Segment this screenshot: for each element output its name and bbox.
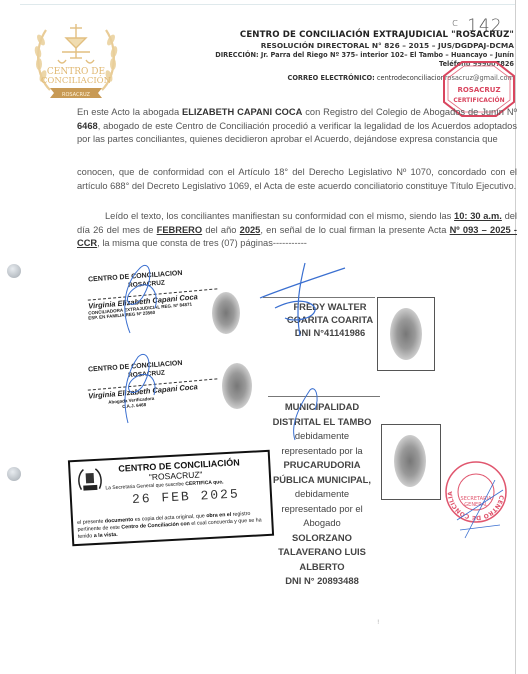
registration-number: 6468 [77,121,98,131]
organization-name: CENTRO DE CONCILIACIÓN EXTRAJUDICIAL "RO… [215,30,514,40]
party-fredy-coarita: FREDY WALTER COARITA COARITA DNI N°41141… [275,300,385,339]
party-municipality: MUNICIPALIDAD DISTRITAL EL TAMBO debidam… [262,400,382,589]
svg-text:GENERAL: GENERAL [464,502,488,508]
punch-hole [7,467,21,481]
fingerprint [212,292,240,334]
footer-mark: ! [377,619,379,626]
fingerprint [394,435,426,487]
fingerprint-box [381,424,441,500]
resolution-number: RESOLUCIÓN DIRECTORAL N° 826 – 2015 – JU… [215,41,514,50]
secretary-seal: CENTRO DE CONCILIACION ROSACRUZ SECRETAR… [444,460,508,524]
signing-year: 2025 [240,225,261,235]
certification-date: 26 FEB 2025 [132,486,240,507]
svg-text:ROSACRUZ: ROSACRUZ [62,92,91,98]
signature-line [268,396,380,397]
organization-logo: CENTRO DE CONCILIACIÓN ROSACRUZ [28,18,124,102]
party2-dni: DNI N° 20893488 [262,574,382,589]
paragraph-signing: Leído el texto, los conciliantes manifie… [77,210,517,251]
signing-time: 10: 30 a.m. [454,211,502,221]
signature-line [263,297,375,298]
svg-text:CERTIFICACIÓN: CERTIFICACIÓN [453,97,504,104]
svg-text:ROSACRUZ: ROSACRUZ [457,86,500,94]
punch-hole [7,264,21,278]
fingerprint-box [377,297,435,371]
fingerprint [390,308,422,360]
lawyer-name: ELIZABETH CAPANI COCA [182,107,302,117]
paragraph-legal-basis: conocen, que de conformidad con el Artíc… [77,166,517,193]
fingerprint [222,363,252,409]
emblem-icon [76,467,103,496]
svg-text:CONCILIACIÓN: CONCILIACIÓN [41,74,112,86]
signing-month: FEBRERO [157,225,202,235]
verifier-stamp: CENTRO DE CONCILIACION ROSACRUZ Virginia… [88,362,218,422]
email-label: CORREO ELECTRÓNICO: [287,74,374,82]
copy-certification-stamp: CENTRO DE CONCILIACIÓN "ROSACRUZ" La Sec… [68,450,274,546]
address: DIRECCIÓN: Jr. Parra del Riego Nº 375- i… [215,51,514,59]
paragraph-verification: En este Acto la abogada ELIZABETH CAPANI… [77,106,517,147]
party1-dni: DNI N°41141986 [275,326,385,339]
conciliator-stamp: CENTRO DE CONCILIACION ROSACRUZ Virginia… [88,272,218,332]
page-top-edge [20,4,515,5]
